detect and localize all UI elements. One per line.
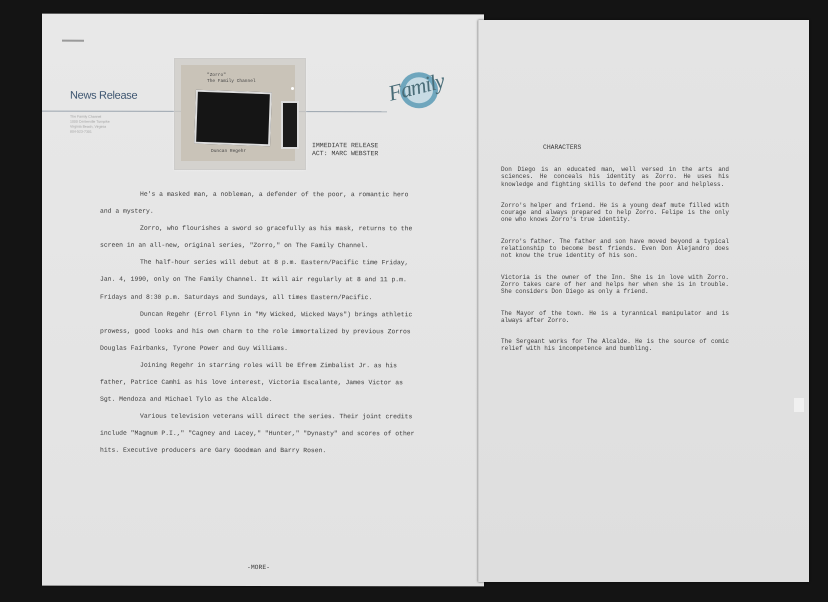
- character-entry: Zorro's father. The father and son have …: [501, 238, 729, 260]
- address-line: 804-523-7301: [70, 130, 150, 135]
- release-line: ACT: MARC WEBSTER: [312, 150, 378, 158]
- release-paragraph: Various television veterans will direct …: [100, 408, 420, 460]
- character-entry: Victoria is the owner of the Inn. She is…: [501, 274, 729, 296]
- slide-overlay: "Zorro" The Family Channel Duncan Regehr: [174, 58, 306, 170]
- release-body: He's a masked man, a nobleman, a defende…: [100, 186, 420, 460]
- slide-film-window-secondary: [281, 101, 299, 149]
- slide-label-line: The Family Channel: [207, 79, 256, 85]
- release-paragraph: The half-hour series will debut at 8 p.m…: [100, 254, 420, 306]
- release-paragraph: Duncan Regehr (Errol Flynn in "My Wicked…: [100, 305, 420, 357]
- character-entry: The Mayor of the town. He is a tyrannica…: [501, 310, 729, 325]
- slide-label-top: "Zorro" The Family Channel: [207, 73, 256, 85]
- character-entry: The Sergeant works for The Alcalde. He i…: [501, 338, 729, 353]
- slide-film-window: [194, 90, 272, 147]
- release-info: IMMEDIATE RELEASE ACT: MARC WEBSTER: [312, 142, 378, 158]
- release-paragraph: Zorro, who flourishes a sword so gracefu…: [100, 220, 420, 255]
- release-paragraph: He's a masked man, a nobleman, a defende…: [100, 186, 420, 221]
- release-line: IMMEDIATE RELEASE: [312, 142, 378, 150]
- letterhead-address: The Family Channel 1000 Centerville Turn…: [70, 115, 150, 135]
- slide-label-bottom: Duncan Regehr: [211, 149, 246, 154]
- characters-heading: CHARACTERS: [543, 144, 581, 151]
- news-release-title: News Release: [70, 90, 137, 102]
- character-list: Don Diego is an educated man, well verse…: [501, 166, 729, 367]
- character-entry: Zorro's helper and friend. He is a young…: [501, 202, 729, 224]
- release-paragraph: Joining Regehr in starring roles will be…: [100, 357, 420, 409]
- family-channel-logo: Family: [382, 66, 452, 112]
- characters-page: CHARACTERS Don Diego is an educated man,…: [478, 20, 809, 582]
- paper-tab: [794, 398, 804, 412]
- more-marker: -MORE-: [247, 564, 270, 571]
- glare-dot: [291, 87, 294, 90]
- character-entry: Don Diego is an educated man, well verse…: [501, 166, 729, 188]
- page-mark: [62, 40, 84, 42]
